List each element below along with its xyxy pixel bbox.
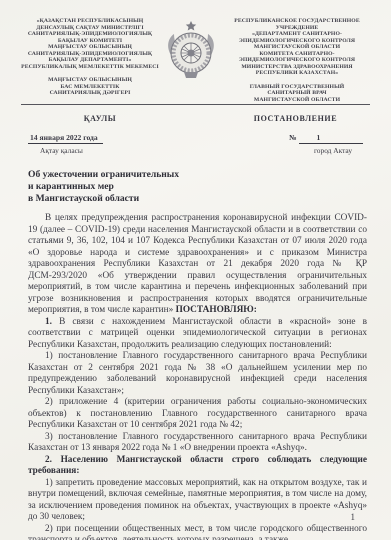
date-block: 14 января 2022 года Ақтау қаласы <box>28 133 103 155</box>
preamble-paragraph: В целях предупреждения распространения к… <box>28 213 367 317</box>
section-2-paragraph: 2. Населению Мангистауской области строг… <box>28 455 367 478</box>
title-line: и карантинных мер <box>28 181 391 193</box>
emblem-container <box>160 18 221 80</box>
org-line: САНИТАРИЯЛЫҚ-ЭПИДЕМИОЛОГИЯЛЫҚ <box>20 31 160 38</box>
title-line: Об ужесточении ограничительных <box>28 169 391 181</box>
section-1-item: 2) приложение 4 (критерии ограничения ра… <box>28 397 367 432</box>
document-title: Об ужесточении ограничительных и каранти… <box>28 169 391 206</box>
decree-document-page: «ҚАЗАҚСТАН РЕСПУБЛИКАСЫНЫҢ ДЕНСАУЛЫҚ САҚ… <box>0 0 391 540</box>
section-1-item: 1) постановление Главного государственно… <box>28 351 367 397</box>
org-line: РЕСПУБЛИКАНСКОЕ ГОСУДАРСТВЕННОЕ <box>221 18 373 25</box>
page-number: 1 <box>351 512 356 522</box>
section-2-item: 1) запретить проведение массовых меропри… <box>28 478 367 524</box>
title-line: в Мангистауской области <box>28 193 391 205</box>
official-title-kazakh: МАҢҒЫСТАУ ОБЛЫСЫНЫҢ БАС МЕМЛЕКЕТТІК САНИ… <box>20 77 160 97</box>
org-line: «ҚАЗАҚСТАН РЕСПУБЛИКАСЫНЫҢ <box>20 18 160 25</box>
document-type-headings: ҚАУЛЫ ПОСТАНОВЛЕНИЕ <box>0 105 391 123</box>
number-label: № <box>289 133 297 142</box>
official-line: МАНГИСТАУСКОЙ ОБЛАСТИ <box>221 97 373 104</box>
number-value: 1 <box>299 133 363 144</box>
number-block: № 1 город Актау <box>289 133 365 155</box>
official-line: САНИТАРИЯЛЫҚ ДӘРІГЕРІ <box>20 90 160 97</box>
heading-postanovlenie: ПОСТАНОВЛЕНИЕ <box>200 114 391 123</box>
section-1-item: 3) постановление Главного государственно… <box>28 432 367 455</box>
document-header: «ҚАЗАҚСТАН РЕСПУБЛИКАСЫНЫҢ ДЕНСАУЛЫҚ САҚ… <box>0 0 391 102</box>
kazakhstan-coat-of-arms-icon <box>165 20 217 80</box>
org-name-kazakh: «ҚАЗАҚСТАН РЕСПУБЛИКАСЫНЫҢ ДЕНСАУЛЫҚ САҚ… <box>20 18 160 97</box>
org-line: РЕСПУБЛИКАЛЫҚ МЕМЛЕКЕТТІК МЕКЕМЕСІ <box>20 64 160 71</box>
document-body: В целях предупреждения распространения к… <box>28 213 367 540</box>
org-line: РЕСПУБЛИКИ КАЗАХСТАН» <box>221 70 373 77</box>
number-place: город Актау <box>301 146 365 155</box>
section-2-item: 2) при посещении общественных мест, в то… <box>28 524 367 540</box>
official-title-russian: ГЛАВНЫЙ ГОСУДАРСТВЕННЫЙ САНИТАРНЫЙ ВРАЧ … <box>221 84 373 104</box>
resolve-keyword: ПОСТАНОВЛЯЮ: <box>176 305 257 315</box>
org-name-russian: РЕСПУБЛИКАНСКОЕ ГОСУДАРСТВЕННОЕ УЧРЕЖДЕН… <box>221 18 373 103</box>
date-value: 14 января 2022 года <box>28 133 103 144</box>
date-number-row: 14 января 2022 года Ақтау қаласы № 1 гор… <box>0 123 391 155</box>
section-1-paragraph: 1. В связи с нахождением Мангистауской о… <box>28 317 367 352</box>
org-line: ЭПИДЕМИОЛОГИЧЕСКОГО КОНТРОЛЯ <box>221 57 373 64</box>
heading-kauly: ҚАУЛЫ <box>0 114 200 123</box>
date-place: Ақтау қаласы <box>40 146 103 155</box>
